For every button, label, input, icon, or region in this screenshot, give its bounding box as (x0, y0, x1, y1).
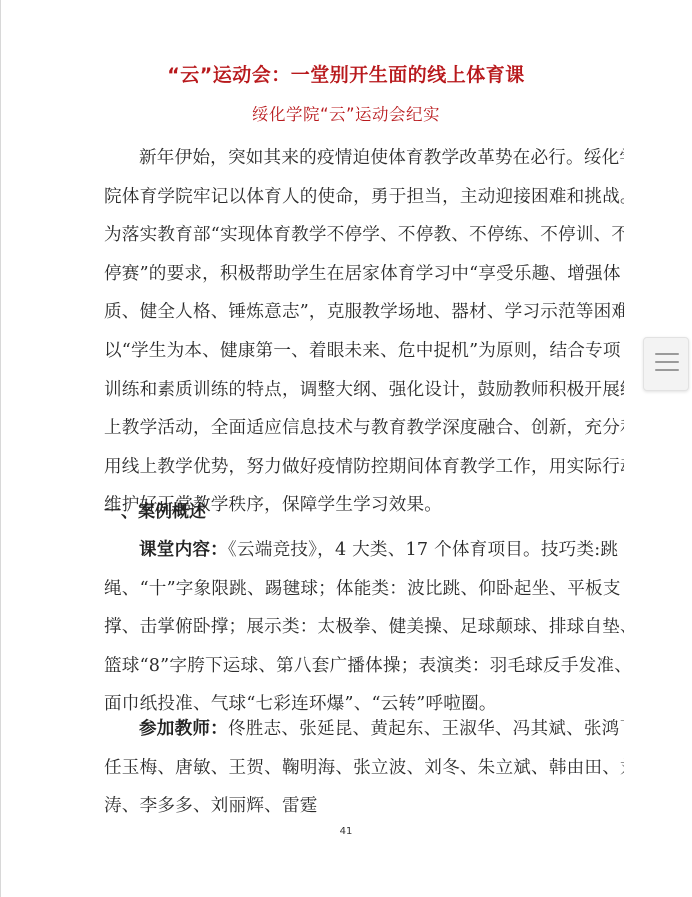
document-title: “云”运动会：一堂别开生面的线上体育课 (0, 60, 692, 87)
document-subtitle: 绥化学院“云”运动会纪实 (0, 101, 692, 125)
paragraph-line: 绳、“十”字象限跳、踢毽球；体能类：波比跳、仰卧起坐、平板支 (104, 570, 624, 609)
paragraph-line: 停赛”的要求，积极帮助学生在居家体育学习中“享受乐趣、增强体 (104, 255, 624, 294)
section-heading: 一、案例概述 (104, 497, 206, 522)
paragraph-line: 以“学生为本、健康第一、着眼未来、危中捉机”为原则，结合专项 (104, 332, 624, 371)
teachers-paragraph: 参加教师：佟胜志、张延昆、黄起东、王淑华、冯其斌、张鸿飞、 任玉梅、唐敏、王贺、… (104, 710, 624, 826)
intro-paragraph: 新年伊始，突如其来的疫情迫使体育教学改革势在必行。绥化学 院体育学院牢记以体育人… (104, 139, 624, 525)
course-content-label: 课堂内容： (139, 540, 228, 560)
paragraph-line: 训练和素质训练的特点，调整大纲、强化设计，鼓励教师积极开展线 (104, 371, 624, 410)
page-number: 41 (0, 826, 692, 837)
paragraph-line: 课堂内容：《云端竞技》，4 大类、17 个体育项目。技巧类:跳 (104, 531, 624, 570)
menu-button[interactable] (643, 337, 689, 391)
teachers-text: 佟胜志、张延昆、黄起东、王淑华、冯其斌、张鸿飞、 (228, 719, 624, 739)
paragraph-line: 参加教师：佟胜志、张延昆、黄起东、王淑华、冯其斌、张鸿飞、 (104, 710, 624, 749)
paragraph-line: 上教学活动，全面适应信息技术与教育教学深度融合、创新，充分利 (104, 409, 624, 448)
teachers-label: 参加教师： (139, 719, 228, 739)
document-page: “云”运动会：一堂别开生面的线上体育课 绥化学院“云”运动会纪实 新年伊始，突如… (0, 0, 692, 897)
paragraph-line: 任玉梅、唐敏、王贺、鞠明海、张立波、刘冬、朱立斌、韩由田、刘 (104, 749, 624, 788)
paragraph-line: 篮球“8”字胯下运球、第八套广播体操；表演类：羽毛球反手发准、 (104, 647, 624, 686)
course-content-text: 《云端竞技》，4 大类、17 个体育项目。技巧类:跳 (228, 540, 618, 560)
paragraph-line: 院体育学院牢记以体育人的使命，勇于担当，主动迎接困难和挑战。 (104, 178, 624, 217)
paragraph-line: 质、健全人格、锤炼意志”，克服教学场地、器材、学习示范等困难， (104, 293, 624, 332)
paragraph-line: 涛、李多多、刘丽辉、雷霆 (104, 787, 624, 826)
paragraph-line: 用线上教学优势，努力做好疫情防控期间体育教学工作，用实际行动 (104, 448, 624, 487)
course-content-paragraph: 课堂内容：《云端竞技》，4 大类、17 个体育项目。技巧类:跳 绳、“十”字象限… (104, 531, 624, 724)
paragraph-line: 为落实教育部“实现体育教学不停学、不停教、不停练、不停训、不 (104, 216, 624, 255)
paragraph-line: 撑、击掌俯卧撑；展示类：太极拳、健美操、足球颠球、排球自垫、 (104, 608, 624, 647)
paragraph-line: 新年伊始，突如其来的疫情迫使体育教学改革势在必行。绥化学 (104, 139, 624, 178)
